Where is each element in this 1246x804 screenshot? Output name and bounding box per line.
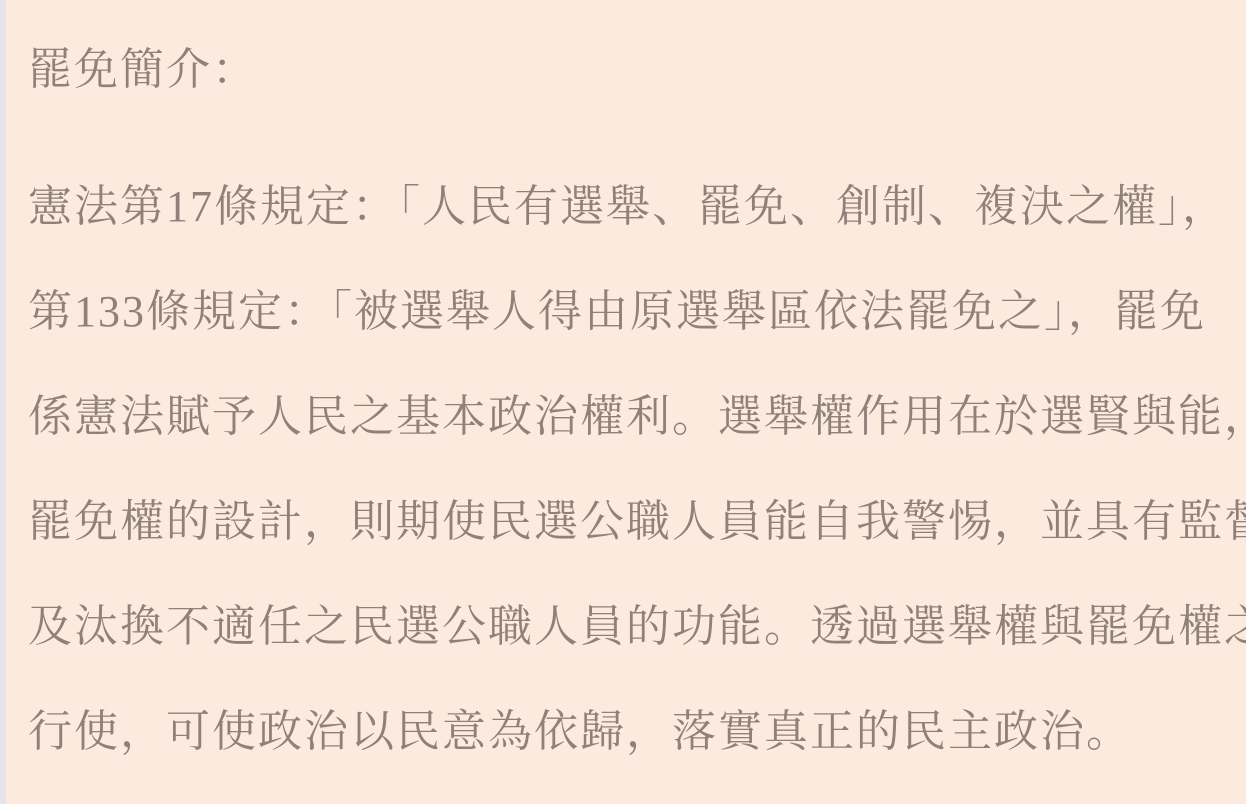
paragraph-line: 罷免權的設計，則期使民選公職人員能自我警惕，並具有監督 xyxy=(28,469,1238,574)
paragraph-line: 及汰換不適任之民選公職人員的功能。透過選舉權與罷免權之 xyxy=(28,574,1238,679)
paragraph-line: 憲法第17條規定：「人民有選舉、罷免、創制、複決之權」， xyxy=(28,154,1238,259)
recall-intro-paragraph: 憲法第17條規定：「人民有選舉、罷免、創制、複決之權」， 第133條規定：「被選… xyxy=(28,154,1238,784)
document-body: 罷免簡介： 憲法第17條規定：「人民有選舉、罷免、創制、複決之權」， 第133條… xyxy=(6,0,1246,784)
paragraph-line: 第133條規定：「被選舉人得由原選舉區依法罷免之」，罷免 xyxy=(28,259,1238,364)
recall-intro-heading: 罷免簡介： xyxy=(28,17,1238,122)
recall-intro-page: 罷免簡介： 憲法第17條規定：「人民有選舉、罷免、創制、複決之權」， 第133條… xyxy=(0,0,1246,804)
paragraph-line: 係憲法賦予人民之基本政治權利。選舉權作用在於選賢與能， xyxy=(28,364,1238,469)
paragraph-line: 行使，可使政治以民意為依歸，落實真正的民主政治。 xyxy=(28,679,1238,784)
